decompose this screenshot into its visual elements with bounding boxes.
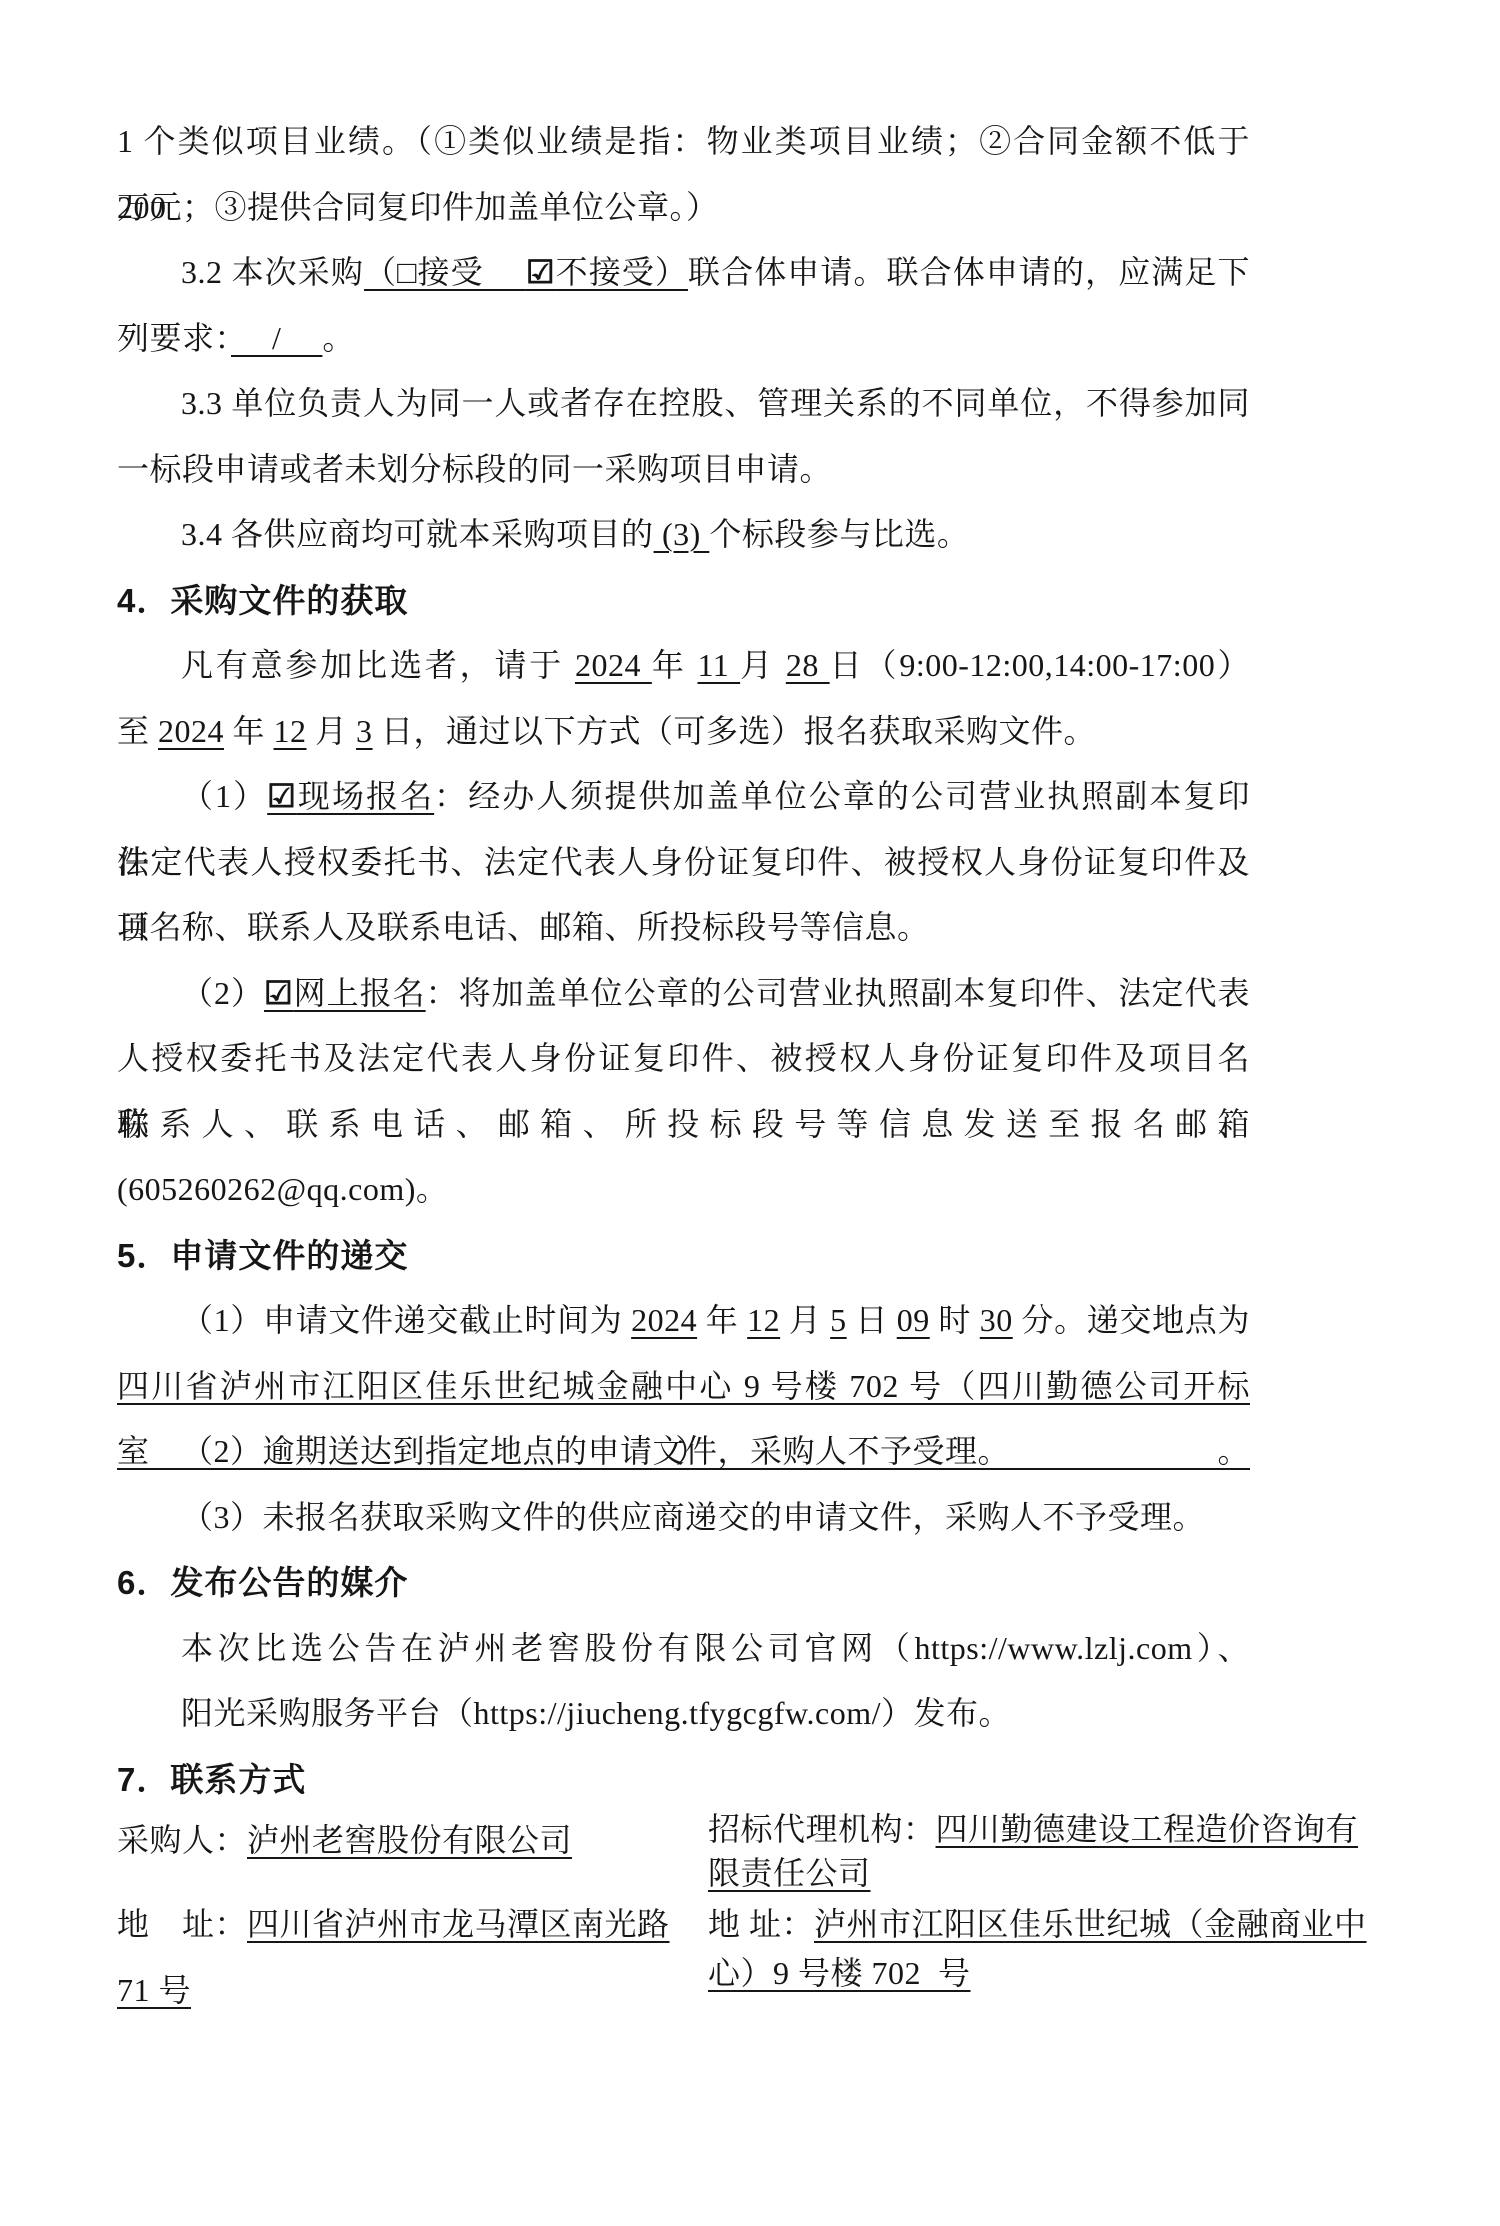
- text-segment: 71 号: [117, 1972, 191, 2008]
- text-segment: （2）: [181, 975, 264, 1011]
- body-line: 法定代表人授权委托书、法定代表人身份证复印件、被授权人身份证复印件及项: [117, 830, 1250, 896]
- body-line: 3.2 本次采购（□接受 ☑不接受）联合体申请。联合体申请的，应满足下: [117, 240, 1250, 306]
- body-line: (605260262@qq.com)。: [117, 1157, 1250, 1223]
- contact-line: 采购人：泸州老窖股份有限公司: [117, 1807, 697, 1873]
- checkbox-unchecked-icon: □: [397, 254, 417, 290]
- text-segment: 四川省泸州市龙马潭区南光路: [247, 1906, 670, 1942]
- document-page: 1 个类似项目业绩。（①类似业绩是指：物业类项目业绩；②合同金额不低于 200万…: [0, 0, 1500, 2226]
- text-segment: 不接受）: [555, 254, 688, 290]
- body-line: 凡有意参加比选者，请于 2024 年 11 月 28 日（9:00-12:00,…: [117, 633, 1250, 699]
- text-segment: 5．申请文件的递交: [117, 1237, 408, 1274]
- contact-line: 地 址：四川省泸州市龙马潭区南光路: [117, 1892, 697, 1958]
- text-segment: 阳光采购服务平台（https://jiucheng.tfygcgfw.com/）…: [181, 1695, 1011, 1731]
- text-segment: 分。递交地点为: [1013, 1302, 1250, 1338]
- text-segment: 招标代理机构：: [708, 1811, 936, 1847]
- text-segment: 月: [740, 647, 786, 683]
- body-line: 人授权委托书及法定代表人身份证复印件、被授权人身份证复印件及项目名称、: [117, 1026, 1250, 1092]
- text-segment: 心）9 号楼 702 号: [708, 1955, 971, 1991]
- text-segment: 7．联系方式: [117, 1761, 306, 1798]
- text-segment: 2024: [575, 647, 652, 683]
- text-segment: 地 址：: [117, 1906, 247, 1942]
- text-segment: 2024: [158, 713, 224, 749]
- text-segment: 泸州市江阳区佳乐世纪城（金融商业中: [814, 1906, 1367, 1942]
- text-segment: 3.2 本次采购: [181, 254, 364, 290]
- body-line: 目名称、联系人及联系电话、邮箱、所投标段号等信息。: [117, 895, 1250, 961]
- body-line: 列要求： / 。: [117, 306, 1250, 372]
- body-line: 3.3 单位负责人为同一人或者存在控股、管理关系的不同单位，不得参加同: [117, 371, 1250, 437]
- agency-address-cell: 地 址：泸州市江阳区佳乐世纪城（金融商业中心）9 号楼 702 号: [708, 1900, 1408, 1998]
- checkbox-checked-icon: ☑: [526, 254, 555, 290]
- text-segment: 万元；③提供合同复印件加盖单位公章。）: [117, 189, 719, 225]
- text-segment: 月: [307, 713, 357, 749]
- text-segment: 日（9:00-12:00,14:00-17:00）: [830, 647, 1250, 683]
- text-segment: 3.3 单位负责人为同一人或者存在控股、管理关系的不同单位，不得参加同: [181, 385, 1250, 421]
- body-line: （3）未报名获取采购文件的供应商递交的申请文件，采购人不予受理。: [117, 1485, 1250, 1551]
- text-segment: 凡有意参加比选者，请于: [181, 647, 575, 683]
- body-line: （1）☑现场报名：经办人须提供加盖单位公章的公司营业执照副本复印件、: [117, 764, 1250, 830]
- text-segment: 11: [697, 647, 740, 683]
- body-line: 3.4 各供应商均可就本采购项目的 (3) 个标段参与比选。: [117, 502, 1250, 568]
- text-segment: 泸州老窖股份有限公司: [247, 1822, 572, 1858]
- blank-fill: /: [231, 320, 322, 356]
- text-segment: 列要求：: [117, 320, 231, 356]
- document-lines: 1 个类似项目业绩。（①类似业绩是指：物业类项目业绩；②合同金额不低于 200万…: [117, 109, 1250, 1812]
- section-heading: 6．发布公告的媒介: [117, 1550, 1250, 1616]
- text-segment: 30: [980, 1302, 1013, 1338]
- text-segment: 5: [830, 1302, 847, 1338]
- text-segment: （: [364, 254, 397, 290]
- text-segment: 年: [697, 1302, 747, 1338]
- text-segment: 目名称、联系人及联系电话、邮箱、所投标段号等信息。: [117, 909, 930, 945]
- body-line: 本次比选公告在泸州老窖股份有限公司官网（https://www.lzlj.com…: [117, 1616, 1250, 1682]
- text-segment: 采购人：: [117, 1822, 247, 1858]
- contact-line: 限责任公司: [708, 1851, 1408, 1895]
- text-segment: 接受: [417, 254, 525, 290]
- text-segment: 四川勤德建设工程造价咨询有: [936, 1811, 1359, 1847]
- body-line: 一标段申请或者未划分标段的同一采购项目申请。: [117, 437, 1250, 503]
- text-segment: 联合体申请。联合体申请的，应满足下: [688, 254, 1250, 290]
- body-line: 四川省泸州市江阳区佳乐世纪城金融中心 9 号楼 702 号（四川勤德公司开标室）…: [117, 1354, 1250, 1420]
- contact-line: 地 址：泸州市江阳区佳乐世纪城（金融商业中: [708, 1900, 1408, 1949]
- text-segment: 一标段申请或者未划分标段的同一采购项目申请。: [117, 451, 832, 487]
- text-segment: 4．采购文件的获取: [117, 582, 408, 619]
- text-segment: 现场报名: [296, 778, 434, 814]
- text-segment: 年: [652, 647, 698, 683]
- contact-line: 71 号: [117, 1958, 697, 2024]
- text-segment: 6．发布公告的媒介: [117, 1564, 408, 1601]
- section-heading: 7．联系方式: [117, 1747, 1250, 1813]
- text-segment: （1）: [181, 778, 267, 814]
- checkbox-checked-icon: ☑: [267, 778, 296, 814]
- contact-line: 心）9 号楼 702 号: [708, 1949, 1408, 1998]
- text-segment: 12: [747, 1302, 780, 1338]
- section-heading: 5．申请文件的递交: [117, 1223, 1250, 1289]
- section-heading: 4．采购文件的获取: [117, 568, 1250, 634]
- text-segment: 日: [847, 1302, 897, 1338]
- text-segment: 日，通过以下方式（可多选）报名获取采购文件。: [373, 713, 1097, 749]
- checkbox-checked-icon: ☑: [264, 975, 293, 1011]
- purchaser-cell: 采购人：泸州老窖股份有限公司: [117, 1807, 697, 1873]
- text-segment: ：将加盖单位公章的公司营业执照副本复印件、法定代表: [426, 975, 1250, 1011]
- text-segment: 3: [356, 713, 373, 749]
- text-segment: 时: [930, 1302, 980, 1338]
- contact-line: 招标代理机构：四川勤德建设工程造价咨询有: [708, 1807, 1408, 1851]
- body-line: 1 个类似项目业绩。（①类似业绩是指：物业类项目业绩；②合同金额不低于 200: [117, 109, 1250, 175]
- text-segment: （3）未报名获取采购文件的供应商递交的申请文件，采购人不予受理。: [181, 1499, 1205, 1535]
- text-segment: 。: [322, 320, 355, 356]
- agency-cell: 招标代理机构：四川勤德建设工程造价咨询有限责任公司: [708, 1807, 1408, 1895]
- text-segment: （2）逾期送达到指定地点的申请文件，采购人不予受理。: [181, 1433, 1010, 1469]
- body-line: 至 2024 年 12 月 3 日，通过以下方式（可多选）报名获取采购文件。: [117, 699, 1250, 765]
- body-line: 万元；③提供合同复印件加盖单位公章。）: [117, 175, 1250, 241]
- text-segment: 2024: [631, 1302, 697, 1338]
- body-line: 联系人、联系电话、邮箱、所投标段号等信息发送至报名邮箱: [117, 1092, 1250, 1158]
- text-segment: 联系人、联系电话、邮箱、所投标段号等信息发送至报名邮箱: [117, 1106, 1250, 1142]
- text-segment: 09: [897, 1302, 930, 1338]
- text-segment: 至: [117, 713, 158, 749]
- text-segment: 地 址：: [708, 1906, 814, 1942]
- text-segment: 限责任公司: [708, 1855, 871, 1891]
- text-segment: 28: [786, 647, 830, 683]
- body-line: （1）申请文件递交截止时间为 2024 年 12 月 5 日 09 时 30 分…: [117, 1288, 1250, 1354]
- text-segment: （1）申请文件递交截止时间为: [181, 1302, 631, 1338]
- body-line: 阳光采购服务平台（https://jiucheng.tfygcgfw.com/）…: [117, 1681, 1250, 1747]
- text-segment: 3.4 各供应商均可就本采购项目的: [181, 516, 654, 552]
- purchaser-address-cell: 地 址：四川省泸州市龙马潭区南光路71 号: [117, 1892, 697, 2023]
- blank-fill: (3): [654, 516, 710, 552]
- text-segment: 个标段参与比选。: [709, 516, 969, 552]
- body-line: （2）☑网上报名：将加盖单位公章的公司营业执照副本复印件、法定代表: [117, 961, 1250, 1027]
- text-segment: 12: [274, 713, 307, 749]
- text-segment: 网上报名: [293, 975, 425, 1011]
- text-segment: (605260262@qq.com)。: [117, 1171, 448, 1207]
- text-segment: 本次比选公告在泸州老窖股份有限公司官网（https://www.lzlj.com…: [181, 1630, 1250, 1666]
- text-segment: 月: [780, 1302, 830, 1338]
- text-segment: 年: [224, 713, 274, 749]
